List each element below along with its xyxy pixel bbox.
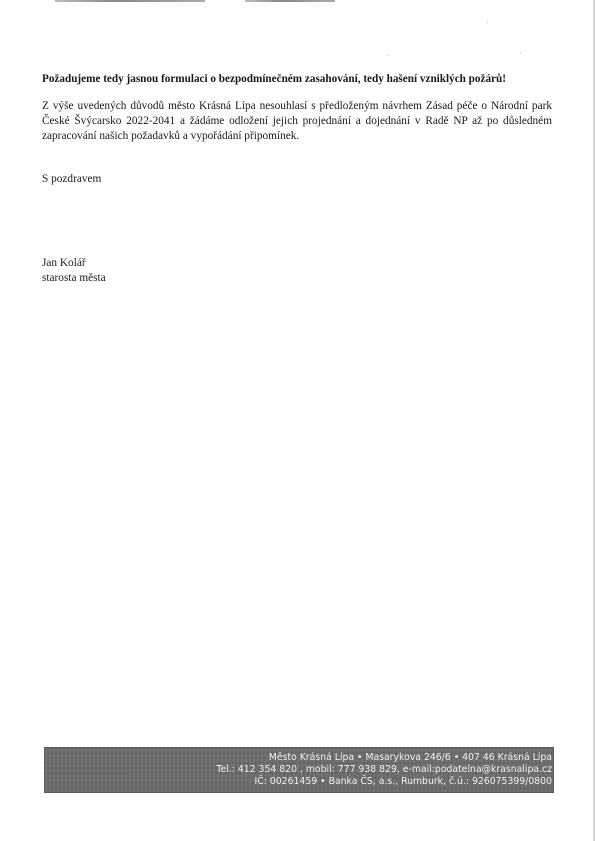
closing-salutation: S pozdravem — [42, 172, 101, 187]
demand-statement: Požadujeme tedy jasnou formulaci o bezpo… — [42, 72, 552, 86]
disagreement-paragraph: Z výše uvedených důvodů město Krásná Líp… — [42, 99, 552, 144]
letter-body: Požadujeme tedy jasnou formulaci o bezpo… — [42, 72, 552, 144]
letterhead-footer: Město Krásná Lípa • Masarykova 246/6 • 4… — [45, 748, 553, 792]
footer-contact-info: Město Krásná Lípa • Masarykova 246/6 • 4… — [216, 752, 552, 788]
signatory-name: Jan Kolář — [42, 256, 106, 271]
signatory-title: starosta města — [42, 271, 106, 286]
signature-block: Jan Kolář starosta města — [42, 256, 106, 286]
footer-bank-line: IČ: 00261459 • Banka ČS, a.s., Rumburk, … — [216, 776, 552, 788]
scan-edge-artifact — [245, 0, 335, 2]
scan-speck — [487, 22, 488, 23]
scan-speck — [520, 52, 521, 53]
scan-speck — [388, 55, 389, 56]
footer-address-line: Město Krásná Lípa • Masarykova 246/6 • 4… — [216, 752, 552, 764]
scan-edge-artifact — [55, 0, 205, 2]
footer-phone-email-line: Tel.: 412 354 820 , mobil: 777 938 829, … — [216, 764, 552, 776]
